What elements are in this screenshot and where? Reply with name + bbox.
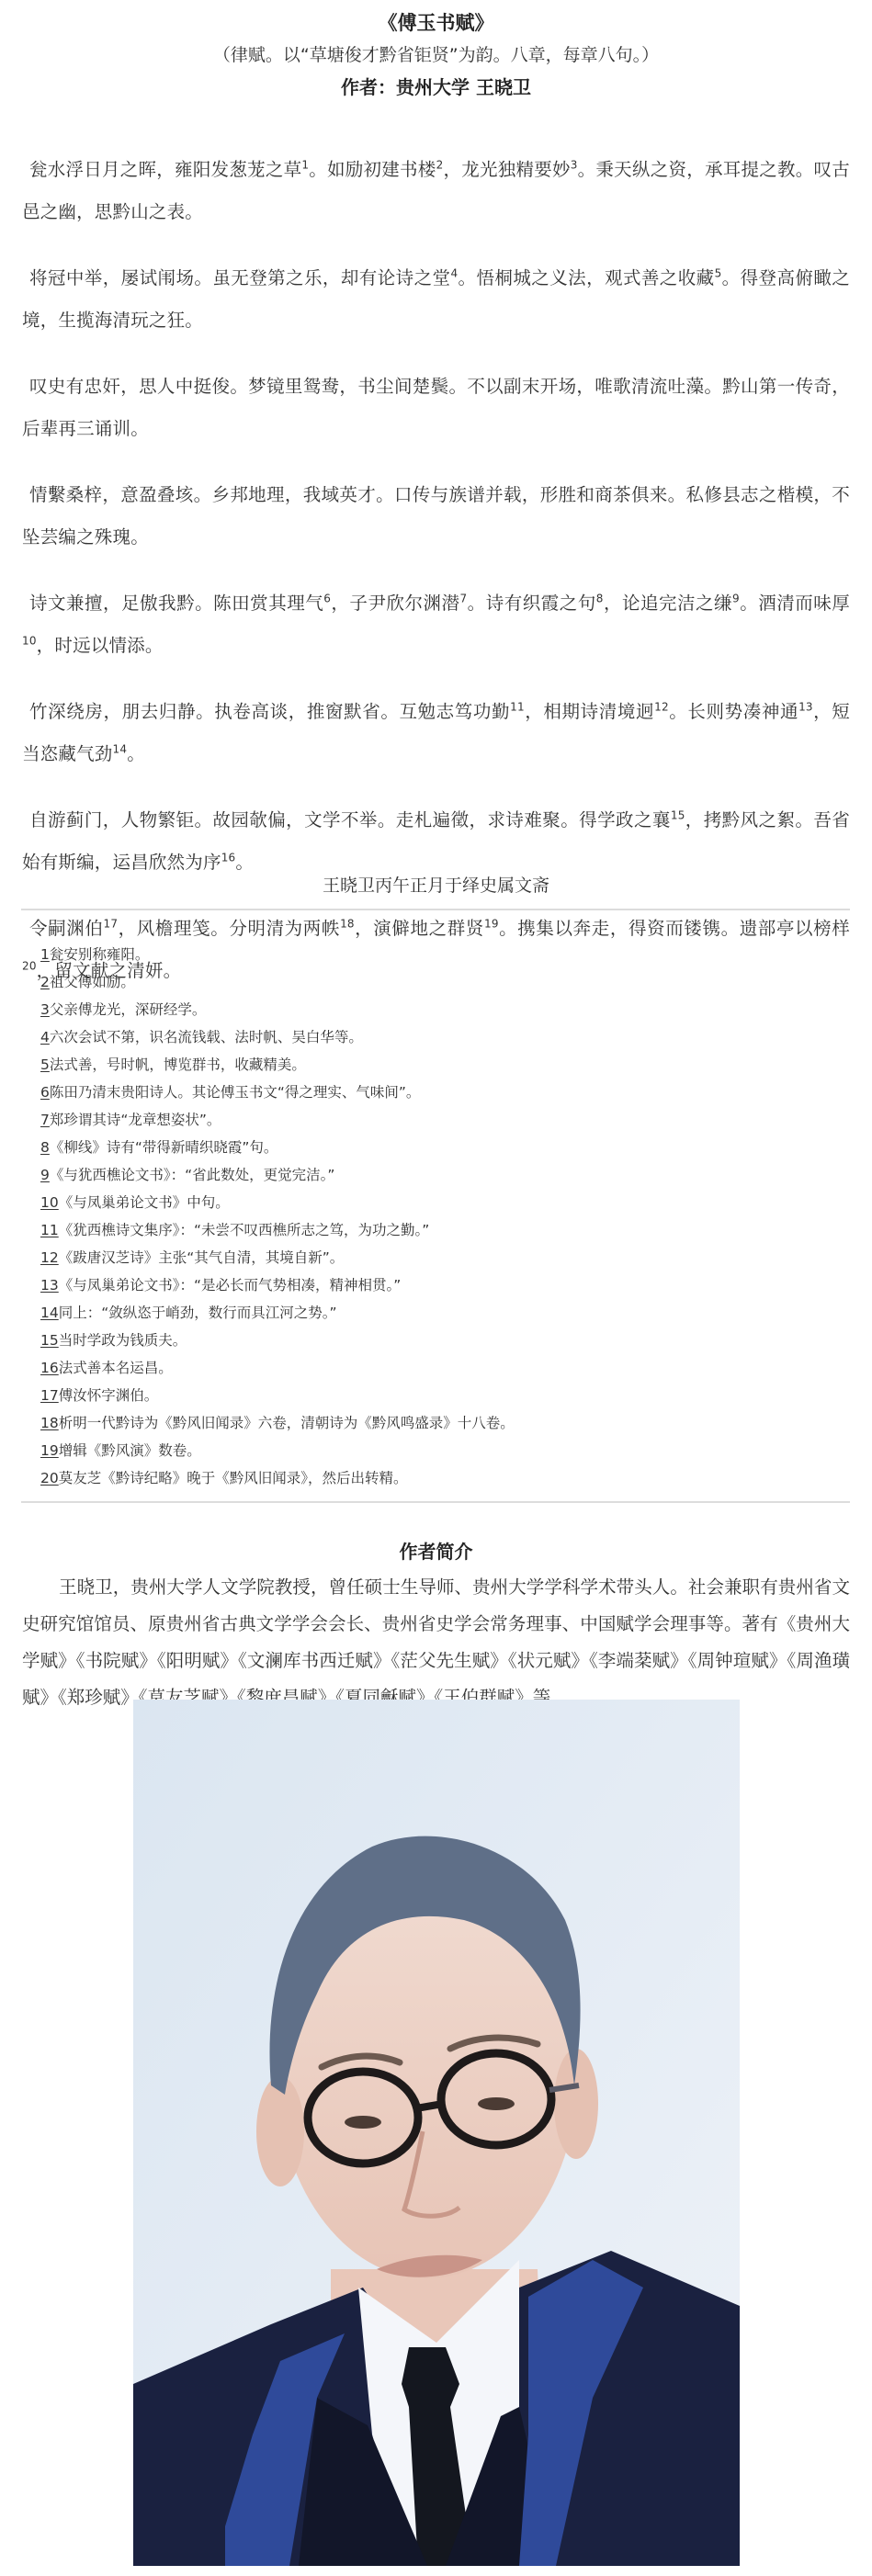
footnote-marker[interactable]: 10 [22,635,37,648]
fu-text: ，龙光独精要妙 [443,159,570,180]
footnotes-list: 1瓮安别称雍阳。2祖父傅如励。3父亲傅龙光，深研经学。4六次会试不第，识名流钱载… [40,941,850,1492]
fu-text: 。悟桐城之义法，观式善之收藏 [458,267,714,288]
fu-text: 情繫桑梓，意盈叠垓。乡邦地理，我域英才。口传与族谱并载，形胜和商茶俱来。私修县志… [22,484,850,548]
footnote-number-link[interactable]: 13 [40,1277,59,1294]
fu-text: ，论追完洁之缣 [604,593,732,614]
footnote-item: 16法式善本名运昌。 [40,1354,850,1382]
fu-text: 。 [127,743,145,764]
footnote-number-link[interactable]: 9 [40,1167,50,1183]
fu-text: 叹史有忠奸，思人中挺俊。梦镜里鸳鸯，书尘间楚鬓。不以副末开场，唯歌清流吐藻。黔山… [22,376,850,439]
footnote-item: 6陈田乃清末贵阳诗人。其论傅玉书文“得之理实、气味间”。 [40,1079,850,1106]
fu-text: 。长则势凑神通 [669,701,798,722]
footnote-text: 《与凤巢弟论文书》：“是必长而气势相凑，精神相贯。” [59,1277,402,1294]
footnote-marker[interactable]: 8 [596,593,604,605]
footnote-marker[interactable]: 9 [732,593,740,605]
footnote-number-link[interactable]: 7 [40,1112,50,1128]
footnote-text: 《与凤巢弟论文书》中句。 [59,1194,230,1211]
fu-text: 瓮水浮日月之晖，雍阳发葱茏之草 [29,159,301,180]
footnote-text: 《柳线》诗有“带得新晴织晓霞”句。 [50,1139,278,1156]
footnote-number-link[interactable]: 5 [40,1056,50,1073]
footnote-text: 同上：“敛纵恣于峭劲，数行而具江河之势。” [59,1305,337,1321]
footnote-text: 六次会试不第，识名流钱载、法时帆、吴白华等。 [50,1029,363,1045]
divider-bottom [21,1501,850,1503]
fu-text: 。如励初建书楼 [309,159,436,180]
fu-text: 。 [235,852,254,873]
fu-paragraph: 瓮水浮日月之晖，雍阳发葱茏之草1。如励初建书楼2，龙光独精要妙3。秉天纵之资，承… [22,149,850,233]
fu-paragraph: 竹深绕房，朋去归静。执卷高谈，推窗默省。互勉志笃功勤11，相期诗清境迥12。长则… [22,691,850,775]
footnote-item: 13《与凤巢弟论文书》：“是必长而气势相凑，精神相贯。” [40,1271,850,1299]
footnote-item: 9《与犹西樵论文书》：“省此数处，更觉完洁。” [40,1161,850,1189]
fu-text: 将冠中举，屡试闱场。虽无登第之乐，却有论诗之堂 [29,267,450,288]
footnote-text: 傅汝怀字渊伯。 [59,1387,159,1404]
fu-text: 。携集以奔走，得资而镂镌。遗部亭以榜样 [499,918,850,939]
footnote-item: 15当时学政为钱质夫。 [40,1327,850,1354]
footnote-text: 祖父傅如励。 [50,974,135,990]
signature-line: 王晓卫丙午正月于绎史属文斋 [0,873,872,898]
footnote-text: 析明一代黔诗为《黔风旧闻录》六卷，清朝诗为《黔风鸣盛录》十八卷。 [59,1415,515,1431]
footnote-item: 18析明一代黔诗为《黔风旧闻录》六卷，清朝诗为《黔风鸣盛录》十八卷。 [40,1409,850,1437]
footnote-item: 8《柳线》诗有“带得新晴织晓霞”句。 [40,1134,850,1161]
footnote-number-link[interactable]: 10 [40,1194,59,1211]
footnote-marker[interactable]: 14 [113,743,128,756]
footnote-number-link[interactable]: 18 [40,1415,59,1431]
fu-text: ，相期诗清境迥 [525,701,654,722]
footnote-marker[interactable]: 13 [798,701,813,714]
fu-paragraph: 叹史有忠奸，思人中挺俊。梦镜里鸳鸯，书尘间楚鬓。不以副末开场，唯歌清流吐藻。黔山… [22,366,850,450]
footnote-item: 1瓮安别称雍阳。 [40,941,850,968]
footnote-item: 12《跋唐汉芝诗》主张“其气自清，其境自新”。 [40,1244,850,1271]
footnote-number-link[interactable]: 11 [40,1222,59,1238]
fu-paragraph: 诗文兼擅，足傲我黔。陈田赏其理气6，子尹欣尔渊潜7。诗有织霞之句8，论追完洁之缣… [22,582,850,667]
footnote-marker[interactable]: 16 [221,852,236,864]
footnote-number-link[interactable]: 3 [40,1001,50,1018]
footnote-text: 瓮安别称雍阳。 [50,946,150,963]
footnote-number-link[interactable]: 15 [40,1332,59,1349]
footnote-item: 5法式善，号时帆，博览群书，收藏精美。 [40,1051,850,1079]
footnote-number-link[interactable]: 8 [40,1139,50,1156]
footnote-marker[interactable]: 11 [510,701,525,714]
footnote-marker[interactable]: 18 [340,918,355,931]
footnote-marker[interactable]: 20 [22,960,37,973]
divider-top [21,909,850,910]
footnote-item: 4六次会试不第，识名流钱载、法时帆、吴白华等。 [40,1023,850,1051]
footnote-text: 父亲傅龙光，深研经学。 [50,1001,207,1018]
portrait-illustration [133,1700,740,2566]
footnote-item: 17傅汝怀字渊伯。 [40,1382,850,1409]
fu-text: 诗文兼擅，足傲我黔。陈田赏其理气 [29,593,323,614]
footnote-item: 14同上：“敛纵恣于峭劲，数行而具江河之势。” [40,1299,850,1327]
author-photo [133,1700,740,2566]
footnote-number-link[interactable]: 1 [40,946,50,963]
footnote-text: 《犹西樵诗文集序》：“未尝不叹西樵所志之笃，为功之勤。” [59,1222,430,1238]
fu-text: ，风檐理笺。分明清为两帙 [118,918,340,939]
fu-paragraph: 自游蓟门，人物繁钜。故园欹偏，文学不举。走札遍徵，求诗难聚。得学政之襄15，拷黔… [22,799,850,884]
footnote-item: 3父亲傅龙光，深研经学。 [40,996,850,1023]
fu-text: 竹深绕房，朋去归静。执卷高谈，推窗默省。互勉志笃功勤 [29,701,510,722]
footnote-number-link[interactable]: 2 [40,974,50,990]
footnote-text: 《与犹西樵论文书》：“省此数处，更觉完洁。” [50,1167,335,1183]
footnote-marker[interactable]: 12 [654,701,669,714]
footnote-text: 当时学政为钱质夫。 [59,1332,187,1349]
fu-text: 。酒清而味厚 [740,593,850,614]
bio-text: 王晓卫，贵州大学人文学院教授，曾任硕士生导师、贵州大学学科学术带头人。社会兼职有… [22,1569,850,1716]
footnote-text: 陈田乃清末贵阳诗人。其论傅玉书文“得之理实、气味间”。 [50,1084,421,1101]
footnote-number-link[interactable]: 16 [40,1360,59,1376]
footnote-number-link[interactable]: 14 [40,1305,59,1321]
footnote-marker[interactable]: 3 [571,159,578,172]
fu-paragraph: 将冠中举，屡试闱场。虽无登第之乐，却有论诗之堂4。悟桐城之义法，观式善之收藏5。… [22,257,850,342]
article-title: 《傅玉书赋》 [0,9,872,37]
footnote-item: 20莫友芝《黔诗纪略》晚于《黔风旧闻录》，然后出转精。 [40,1464,850,1492]
footnote-number-link[interactable]: 12 [40,1249,59,1266]
bio-heading: 作者简介 [0,1538,872,1565]
fu-text: 。诗有织霞之句 [467,593,595,614]
footnote-text: 法式善，号时帆，博览群书，收藏精美。 [50,1056,306,1073]
footnote-text: 法式善本名运昌。 [59,1360,173,1376]
footnote-item: 19增辑《黔风演》数卷。 [40,1437,850,1464]
footnote-number-link[interactable]: 17 [40,1387,59,1404]
footnote-number-link[interactable]: 19 [40,1442,59,1459]
footnote-item: 2祖父傅如励。 [40,968,850,996]
footnote-text: 郑珍谓其诗“龙章想姿状”。 [50,1112,221,1128]
footnote-marker[interactable]: 17 [104,918,119,931]
fu-text: ，子尹欣尔渊潜 [331,593,459,614]
footnote-text: 增辑《黔风演》数卷。 [59,1442,201,1459]
footnote-marker[interactable]: 6 [323,593,331,605]
fu-text: 令嗣渊伯 [29,918,104,939]
fu-paragraph: 情繫桑梓，意盈叠垓。乡邦地理，我域英才。口传与族谱并载，形胜和商茶俱来。私修县志… [22,474,850,559]
footnote-item: 7郑珍谓其诗“龙章想姿状”。 [40,1106,850,1134]
footnote-marker[interactable]: 19 [484,918,499,931]
fu-text: ，时远以情添。 [37,635,164,656]
fu-text: ，演僻地之群贤 [355,918,484,939]
author-byline: 作者：贵州大学 王晓卫 [0,73,872,101]
footnote-marker[interactable]: 15 [671,809,685,822]
footnote-text: 《跋唐汉芝诗》主张“其气自清，其境自新”。 [59,1249,345,1266]
footnote-text: 莫友芝《黔诗纪略》晚于《黔风旧闻录》，然后出转精。 [59,1470,408,1486]
footnote-number-link[interactable]: 4 [40,1029,50,1045]
article-subtitle: （律赋。以“草塘俊才黔省钜贤”为韵。八章，每章八句。） [0,42,872,68]
footnote-number-link[interactable]: 6 [40,1084,50,1101]
fu-text: 自游蓟门，人物繁钜。故园欹偏，文学不举。走札遍徵，求诗难聚。得学政之襄 [29,809,671,830]
footnote-item: 11《犹西樵诗文集序》：“未尝不叹西樵所志之笃，为功之勤。” [40,1216,850,1244]
footnote-item: 10《与凤巢弟论文书》中句。 [40,1189,850,1216]
footnote-number-link[interactable]: 20 [40,1470,59,1486]
